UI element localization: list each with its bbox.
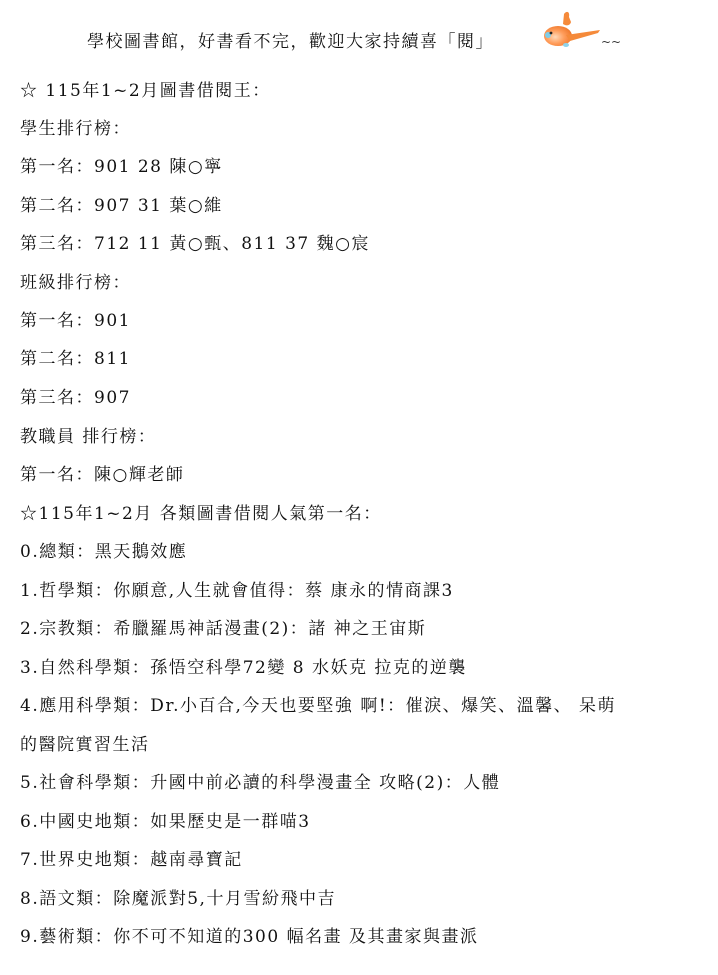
- category-item-6: 6.中國史地類：如果歷史是一群喵3: [20, 811, 311, 833]
- title-suffix: ~~: [601, 31, 621, 53]
- category-item-4: 4.應用科學類：Dr.小百合,今天也要堅強 啊!：催淚、爆笑、溫馨、 呆萌: [20, 695, 616, 717]
- section-heading-borrowing-kings: ☆ 115年1~2月圖書借閱王：: [20, 80, 271, 102]
- category-item-2: 2.宗教類：希臘羅馬神話漫畫(2)：諸 神之王宙斯: [20, 618, 426, 640]
- category-item-5: 5.社會科學類：升國中前必讀的科學漫畫全 攻略(2)：人體: [20, 772, 500, 794]
- class-ranking-heading: 班級排行榜：: [20, 272, 131, 294]
- student-ranking-heading: 學生排行榜：: [20, 118, 131, 140]
- section-heading-category-popular: ☆115年1~2月 各類圖書借閱人氣第一名：: [20, 503, 382, 525]
- class-rank-2: 第二名：811: [20, 348, 131, 370]
- category-item-4-continued: 的醫院實習生活: [20, 734, 150, 756]
- page-title: 學校圖書館，好書看不完，歡迎大家持續喜「閱」: [87, 31, 494, 53]
- document-page: 學校圖書館，好書看不完，歡迎大家持續喜「閱」 ~~ ☆ 115年1~2月圖書借閱…: [0, 0, 718, 975]
- staff-ranking-heading: 教職員 排行榜：: [20, 426, 156, 448]
- category-item-0: 0.總類：黑天鵝效應: [20, 541, 187, 563]
- student-rank-2: 第二名：907 31 葉○維: [20, 195, 223, 217]
- staff-rank-1: 第一名：陳○輝老師: [20, 464, 184, 486]
- category-item-7: 7.世界史地類：越南尋寶記: [20, 849, 243, 871]
- student-rank-1: 第一名：901 28 陳○寧: [20, 156, 223, 178]
- category-item-8: 8.語文類：除魔派對5,十月雪紛飛中吉: [20, 888, 336, 910]
- student-rank-3: 第三名：712 11 黃○甄、811 37 魏○宸: [20, 233, 370, 255]
- category-item-9: 9.藝術類：你不可不知道的300 幅名畫 及其畫家與畫派: [20, 926, 478, 948]
- class-rank-1: 第一名：901: [20, 310, 131, 332]
- orange-bird-icon: [536, 8, 602, 50]
- class-rank-3: 第三名：907: [20, 387, 131, 409]
- category-item-3: 3.自然科學類：孫悟空科學72變 8 水妖克 拉克的逆襲: [20, 657, 467, 679]
- category-item-1: 1.哲學類：你願意,人生就會值得：蔡 康永的情商課3: [20, 580, 454, 602]
